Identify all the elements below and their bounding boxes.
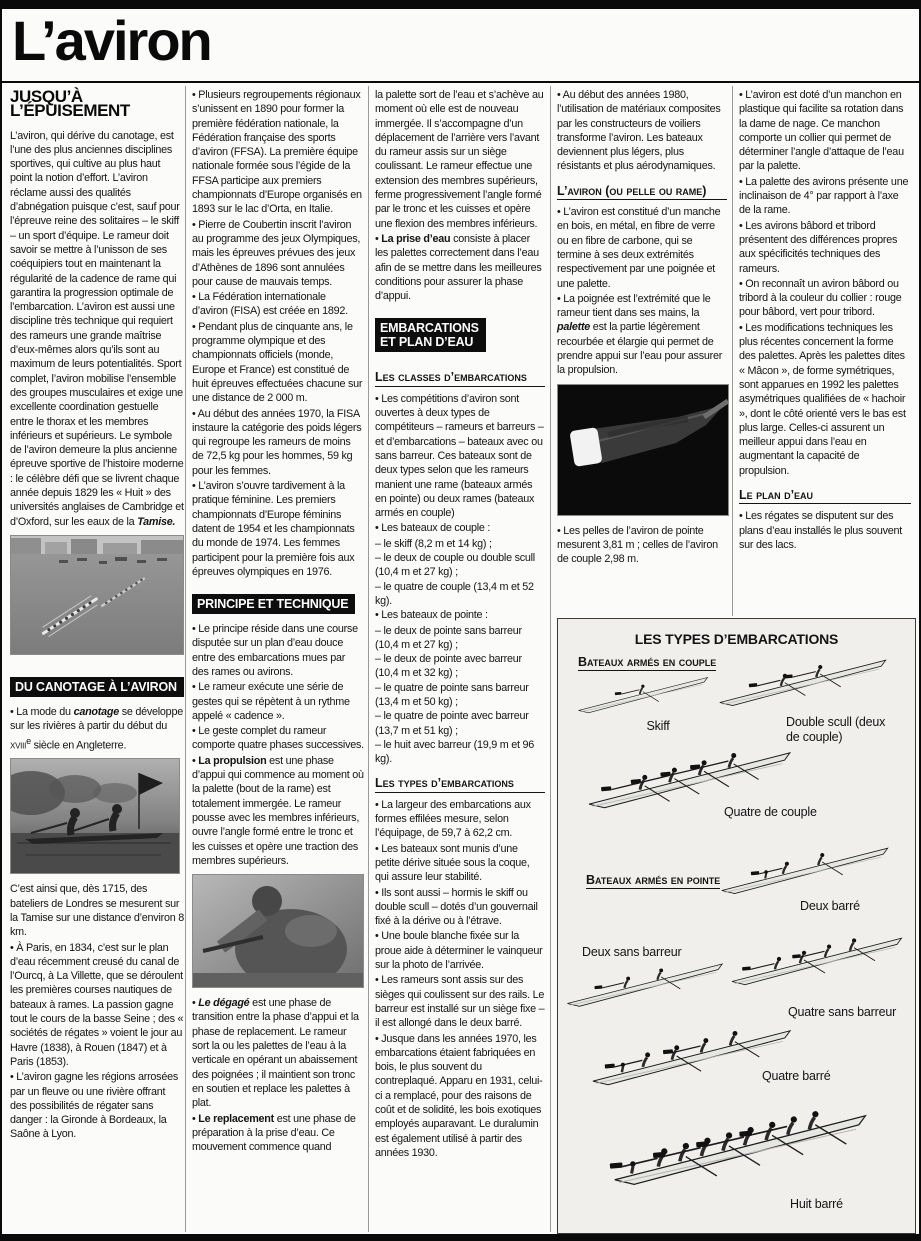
- paragraph: • La Fédération internationale d’aviron …: [192, 290, 364, 319]
- section-heading: JUSQU’À L’ÉPUISEMENT: [10, 90, 184, 119]
- paragraph: • La mode du canotage se développe sur l…: [10, 705, 184, 752]
- paragraph: • Les bateaux de couple :: [375, 521, 545, 535]
- paragraph: • La prise d’eau consiste à placer les p…: [375, 232, 545, 303]
- boat-label: Quatre barré: [762, 1069, 872, 1084]
- boat-illustration: [573, 669, 716, 717]
- left-rule: [0, 0, 2, 1241]
- boat-label: Skiff: [610, 719, 706, 734]
- subsection-heading: Le plan d’eau: [739, 488, 911, 504]
- encyclopedia-page: L’aviron JUSQU’À L’ÉPUISEMENT L’aviron, …: [0, 0, 921, 1241]
- photo-canotage-dusk: [10, 758, 180, 874]
- boat-skiff: [573, 669, 716, 717]
- list-item: – le quatre de pointe sans barreur (13,4…: [375, 681, 545, 710]
- paragraph: • La palette des avirons présente une in…: [739, 175, 911, 218]
- diagram-title: LES TYPES D’EMBARCATIONS: [558, 631, 915, 647]
- boat-illustration: [604, 1099, 881, 1191]
- paragraph: • Les modifications techniques les plus …: [739, 321, 911, 478]
- paragraph: • Ils sont aussi – hormis le skiff ou do…: [375, 886, 545, 929]
- column-1: JUSQU’À L’ÉPUISEMENT L’aviron, qui dériv…: [10, 88, 184, 1143]
- paragraph: C’est ainsi que, dès 1715, des bateliers…: [10, 882, 184, 939]
- boat-label: Quatre de couple: [724, 805, 864, 820]
- paragraph: • L’aviron gagne les régions arrosées pa…: [10, 1070, 184, 1141]
- boat-quatre-sans-barreur: [724, 927, 911, 990]
- column-2: • Plusieurs regroupements régionaux s’un…: [192, 88, 364, 1155]
- paragraph: • Le replacement est une phase de prépar…: [192, 1112, 364, 1155]
- list-item: – le skiff (8,2 m et 14 kg) ;: [375, 537, 545, 551]
- paragraph: • Les avirons bâbord et tribord présente…: [739, 219, 911, 276]
- column-separator: [550, 86, 551, 1232]
- column-4: • Au début des années 1980, l’utilisatio…: [557, 88, 727, 568]
- paragraph: • La poignée est l’extrémité que le rame…: [557, 292, 727, 378]
- column-separator: [368, 86, 369, 1232]
- section-heading-bar: EMBARCATIONS ET PLAN D’EAU: [375, 318, 486, 352]
- section-heading-bar: DU CANOTAGE À L’AVIRON: [10, 677, 184, 697]
- paragraph: la palette sort de l’eau et s’achève au …: [375, 88, 545, 231]
- list-item: – le huit avec barreur (19,9 m et 96 kg)…: [375, 738, 545, 767]
- paragraph: • L’aviron est constitué d’un manche en …: [557, 205, 727, 291]
- paragraph: • Pierre de Coubertin inscrit l’aviron a…: [192, 218, 364, 289]
- list-item: – le quatre de pointe avec barreur (13,7…: [375, 709, 545, 738]
- boat-huit-barre: [604, 1099, 881, 1191]
- paragraph: • Les régates se disputent sur des plans…: [739, 509, 911, 552]
- boat-label: Quatre sans barreur: [788, 1005, 913, 1020]
- paragraph: • Les rameurs sont assis sur des sièges …: [375, 973, 545, 1030]
- boat-illustration: [724, 927, 911, 990]
- paragraph: • L’aviron s’ouvre tardivement à la prat…: [192, 479, 364, 579]
- boat-illustration: [580, 740, 802, 814]
- subsection-heading: L’aviron (ou pelle ou rame): [557, 184, 727, 200]
- boat-deux-sans-barreur: [560, 954, 731, 1011]
- heading-text: DU CANOTAGE À L’AVIRON: [15, 680, 177, 694]
- boat-illustration: [714, 837, 897, 898]
- boat-deux-barre: [714, 837, 897, 898]
- page-title: L’aviron: [12, 8, 211, 73]
- subsection-heading: Les classes d’embarcations: [375, 370, 545, 386]
- paragraph: • Les compétitions d’aviron sont ouverte…: [375, 392, 545, 521]
- paragraph: • Les bateaux de pointe :: [375, 608, 545, 622]
- column-separator: [732, 86, 733, 616]
- paragraph: • Plusieurs regroupements régionaux s’un…: [192, 88, 364, 217]
- column-3: la palette sort de l’eau et s’achève au …: [375, 88, 545, 1161]
- heading-text: PRINCIPE ET TECHNIQUE: [197, 597, 348, 611]
- paragraph: • Au début des années 1970, la FISA inst…: [192, 407, 364, 478]
- photo-rower-closeup: [192, 874, 364, 988]
- paragraph: • On reconnaît un aviron bâbord ou tribo…: [739, 277, 911, 320]
- diagram-group-heading: Bateaux armés en couple: [578, 655, 716, 671]
- list-item: – le deux de pointe sans barreur (10,4 m…: [375, 624, 545, 653]
- paragraph: • La largeur des embarcations aux formes…: [375, 798, 545, 841]
- column-separator: [185, 86, 186, 1232]
- paragraph: • La propulsion est une phase d’appui qu…: [192, 754, 364, 868]
- heading-text: ET PLAN D’EAU: [380, 335, 479, 349]
- boat-types-diagram: LES TYPES D’EMBARCATIONS Bateaux armés e…: [557, 618, 916, 1234]
- title-rule: [0, 81, 921, 83]
- column-5: • L’aviron est doté d’un manchon en plas…: [739, 88, 911, 553]
- photo-oar-blade: [557, 384, 729, 516]
- paragraph: • Le principe réside dans une course dis…: [192, 622, 364, 679]
- paragraph: L’aviron, qui dérive du canotage, est l’…: [10, 129, 184, 529]
- boat-double-scull: [712, 649, 895, 710]
- paragraph: • À Paris, en 1834, c’est sur le plan d’…: [10, 941, 184, 1070]
- paragraph: • L’aviron est doté d’un manchon en plas…: [739, 88, 911, 174]
- section-heading-bar: PRINCIPE ET TECHNIQUE: [192, 594, 355, 614]
- subsection-heading: Les types d’embarcations: [375, 776, 545, 792]
- paragraph: • Les bateaux sont munis d’une petite dé…: [375, 842, 545, 885]
- list-item: – le deux de couple ou double scull (10,…: [375, 551, 545, 580]
- boat-label: Huit barré: [790, 1197, 890, 1212]
- paragraph: • Une boule blanche fixée sur la proue a…: [375, 929, 545, 972]
- list-item: – le quatre de couple (13,4 m et 52 kg).: [375, 580, 545, 609]
- paragraph: • Le geste complet du rameur comporte qu…: [192, 724, 364, 753]
- boat-illustration: [712, 649, 895, 710]
- boat-quatre-de-couple: [580, 740, 802, 814]
- photo-thames-race: [10, 535, 184, 655]
- boat-label: Double scull (deux de couple): [786, 715, 888, 745]
- paragraph: • Au début des années 1980, l’utilisatio…: [557, 88, 727, 174]
- paragraph: • Jusque dans les années 1970, les embar…: [375, 1032, 545, 1161]
- paragraph: • Le dégagé est une phase de transition …: [192, 996, 364, 1110]
- bottom-rule: [0, 1234, 921, 1241]
- paragraph: • Les pelles de l’aviron de pointe mesur…: [557, 524, 727, 567]
- diagram-group-heading: Bateaux armés en pointe: [586, 873, 720, 889]
- list-item: – le deux de pointe avec barreur (10,4 m…: [375, 652, 545, 681]
- heading-text: EMBARCATIONS: [380, 321, 479, 335]
- paragraph: • Pendant plus de cinquante ans, le prog…: [192, 320, 364, 406]
- paragraph: • Le rameur exécute une série de gestes …: [192, 680, 364, 723]
- boat-illustration: [560, 954, 731, 1011]
- boat-label: Deux barré: [800, 899, 900, 914]
